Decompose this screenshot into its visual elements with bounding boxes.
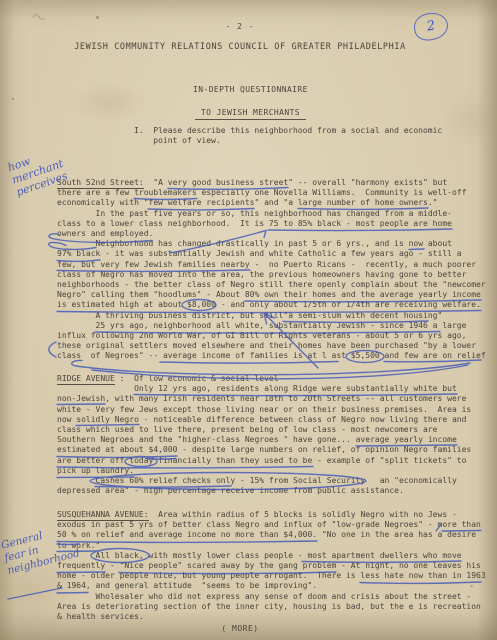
section-ridge-avenue: RIDGE AVENUE : Of low economic & social … <box>57 374 493 496</box>
pen-strike-margin-note <box>8 588 62 599</box>
section-body-susquehanna: Area within radius of 5 blocks is solidl… <box>57 510 486 621</box>
page-number: - 2 - <box>0 22 480 32</box>
pen-swoosh <box>72 360 470 374</box>
paper-speck <box>96 16 99 19</box>
section-heading-ridge: RIDGE AVENUE <box>57 374 115 385</box>
section-south-52nd-street: South 52nd Street: "A very good business… <box>57 178 493 362</box>
section-body-ridge: : Of low economic & social level Only 12… <box>57 374 471 495</box>
section-heading-south-52nd: South 52nd Street: <box>57 178 144 189</box>
section-susquehanna-avenue: SUSQUEHANNA AVENUE: Area within radius o… <box>57 510 493 622</box>
section-body-south-52nd: "A very good business street" -- overall… <box>57 178 486 360</box>
subtitle-line2: TO JEWISH MERCHANTS <box>195 107 306 120</box>
handwritten-circled-page-mark: 2 <box>412 10 450 42</box>
subtitle-line1: IN-DEPTH QUESTIONNAIRE <box>193 85 308 94</box>
footer-more: ( MORE) <box>0 624 480 634</box>
question-item-1: I. Please describe this neighborhood fro… <box>134 126 442 146</box>
document-subtitle: IN-DEPTH QUESTIONNAIRE TO JEWISH MERCHAN… <box>0 72 480 131</box>
organization-title: JEWISH COMMUNITY RELATIONS COUNCIL OF GR… <box>0 42 480 52</box>
pen-underline <box>160 362 338 364</box>
pencil-mark <box>33 14 45 19</box>
scanned-document-page: - 2 - 2 JEWISH COMMUNITY RELATIONS COUNC… <box>0 0 497 640</box>
corner-mark-number: 2 <box>426 18 437 34</box>
section-heading-susquehanna: SUSQUEHANNA AVENUE: <box>57 510 149 521</box>
pen-paren <box>49 342 56 357</box>
